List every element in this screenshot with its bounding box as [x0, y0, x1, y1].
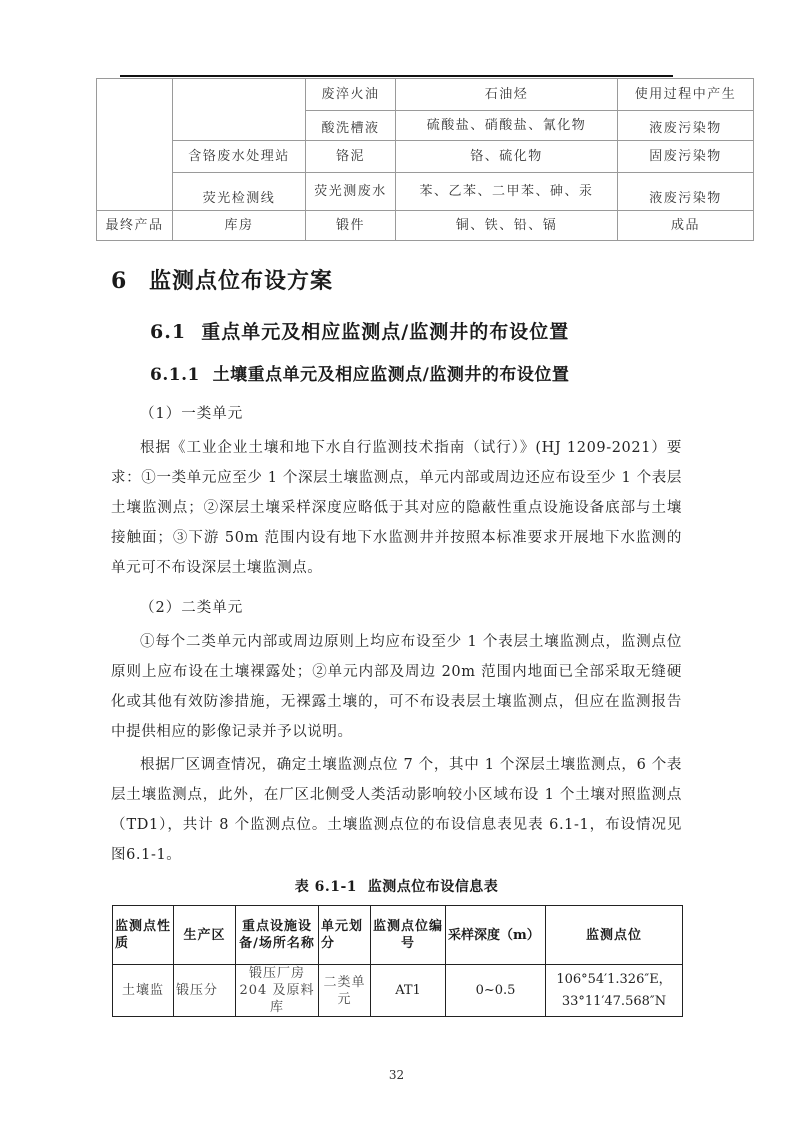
section-heading-6-1: 6.1 重点单元及相应监测点/监测井的布设位置: [150, 317, 569, 344]
table-cell: 成品: [618, 211, 754, 241]
table-cell: [173, 79, 306, 141]
subsection-label-class-one: （1）一类单元: [140, 402, 243, 423]
table-cell: 苯、乙苯、二甲苯、砷、汞: [396, 173, 618, 211]
table-cell: 锻件: [306, 211, 396, 241]
table-cell: 土壤监: [113, 965, 174, 1017]
column-header: 重点设施设备/场所名称: [236, 906, 319, 965]
section-title: 监测点位布设方案: [149, 268, 333, 294]
section-heading-6-1-1: 6.1.1 土壤重点单元及相应监测点/监测井的布设位置: [150, 360, 569, 385]
paragraph-class-one: 根据《工业企业土壤和地下水自行监测技术指南（试行）》(HJ 1209-2021）…: [111, 433, 682, 583]
table-cell: 0~0.5: [446, 965, 546, 1017]
table-cell: 荧光检测线: [173, 173, 306, 211]
table-cell: 含铬废水处理站: [173, 141, 306, 173]
table-cell: 液废污染物: [618, 111, 754, 141]
column-header: 监测点位编号: [371, 906, 446, 965]
table-cell: 106°54′1.326″E，33°11′47.568″N: [546, 965, 683, 1017]
column-header: 生产区: [174, 906, 236, 965]
table-row: 含铬废水处理站 铬泥 铬、硫化物 固废污染物: [97, 141, 754, 173]
table-row: 荧光检测线 荧光测废水 苯、乙苯、二甲苯、砷、汞 液废污染物: [97, 173, 754, 211]
table-cell: [97, 79, 173, 211]
table-cell: 荧光测废水: [306, 173, 396, 211]
subsection-label-class-two: （2）二类单元: [140, 596, 243, 617]
table-cell: 硫酸盐、硝酸盐、氰化物: [396, 111, 618, 141]
table-cell: 固废污染物: [618, 141, 754, 173]
table-cell: AT1: [371, 965, 446, 1017]
column-header: 监测点性质: [113, 906, 174, 965]
table-cell: 铜、铁、铅、镉: [396, 211, 618, 241]
header-rule: [120, 75, 673, 77]
table-cell: 酸洗槽液: [306, 111, 396, 141]
table-cell: 锻压厂房 204 及原料库: [236, 965, 319, 1017]
hazard-continuation-table: 废淬火油 石油烃 使用过程中产生 酸洗槽液 硫酸盐、硝酸盐、氰化物 液废污染物 …: [96, 78, 754, 241]
paragraph-site-summary: 根据厂区调查情况，确定土壤监测点位 7 个，其中 1 个深层土壤监测点，6 个表…: [111, 750, 682, 870]
table-cell: 锻压分: [174, 965, 236, 1017]
table-row: 废淬火油 石油烃 使用过程中产生: [97, 79, 754, 111]
table-cell: 库房: [173, 211, 306, 241]
table-cell: 石油烃: [396, 79, 618, 111]
column-header: 采样深度（m）: [446, 906, 546, 965]
monitoring-point-table: 监测点性质 生产区 重点设施设备/场所名称 单元划分 监测点位编号 采样深度（m…: [112, 905, 683, 1017]
section-heading-6: 6监测点位布设方案: [111, 264, 333, 295]
table-cell: 铬、硫化物: [396, 141, 618, 173]
section-number: 6: [111, 268, 149, 294]
table-row: 土壤监 锻压分 锻压厂房 204 及原料库 二类单元 AT1 0~0.5 106…: [113, 965, 683, 1017]
table-cell: 最终产品: [97, 211, 173, 241]
table-cell: 二类单元: [319, 965, 371, 1017]
table-caption: 表 6.1-1 监测点位布设信息表: [0, 876, 793, 896]
column-header: 单元划分: [319, 906, 371, 965]
table-row: 最终产品 库房 锻件 铜、铁、铅、镉 成品: [97, 211, 754, 241]
column-header: 监测点位: [546, 906, 683, 965]
table-cell: 废淬火油: [306, 79, 396, 111]
paragraph-class-two: ①每个二类单元内部或周边原则上均应布设至少 1 个表层土壤监测点，监测点位原则上…: [111, 627, 682, 747]
table-cell: 铬泥: [306, 141, 396, 173]
table-cell: 液废污染物: [618, 173, 754, 211]
page-number: 32: [0, 1068, 793, 1082]
table-header-row: 监测点性质 生产区 重点设施设备/场所名称 单元划分 监测点位编号 采样深度（m…: [113, 906, 683, 965]
table-cell: 使用过程中产生: [618, 79, 754, 111]
